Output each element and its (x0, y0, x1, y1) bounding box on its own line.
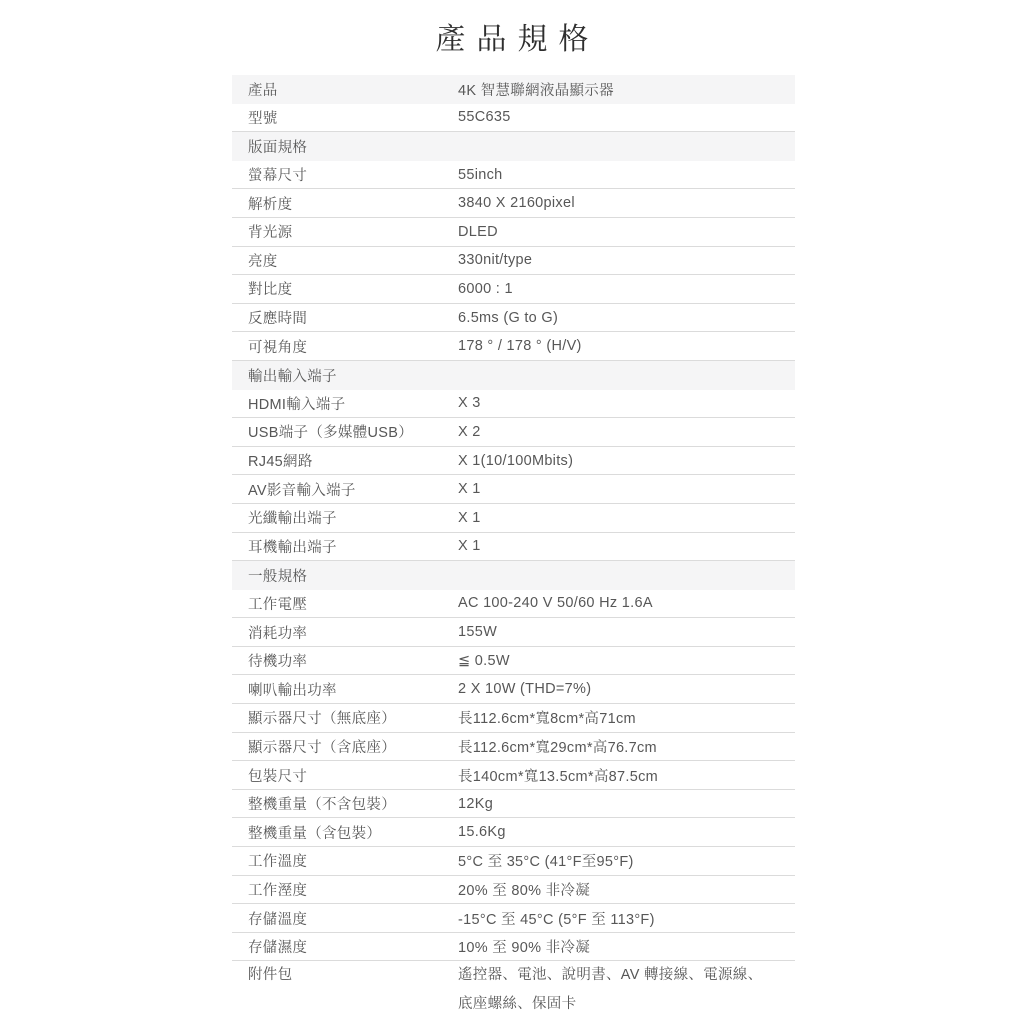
table-row: 反應時間 6.5ms (G to G) (232, 304, 795, 333)
spec-label: 顯示器尺寸（無底座） (232, 707, 458, 728)
table-row: 背光源 DLED (232, 218, 795, 247)
table-row: AV影音輸入端子 X 1 (232, 475, 795, 504)
table-row: 工作溫度 5°C 至 35°C (41°F至95°F) (232, 847, 795, 876)
table-row: 顯示器尺寸（無底座） 長112.6cm*寬8cm*高71cm (232, 704, 795, 733)
spec-label: 整機重量（含包裝） (232, 822, 458, 843)
spec-label: 反應時間 (232, 307, 458, 328)
table-row: 工作電壓 AC 100-240 V 50/60 Hz 1.6A (232, 590, 795, 619)
spec-value: 長112.6cm*寬29cm*高76.7cm (458, 736, 795, 757)
spec-label: 存儲溫度 (232, 908, 458, 929)
spec-value: -15°C 至 45°C (5°F 至 113°F) (458, 908, 795, 929)
spec-label: 一般規格 (232, 565, 458, 586)
spec-label: 工作溫度 (232, 850, 458, 871)
table-row: 附件包 遙控器、電池、說明書、AV 轉接線、電源線、底座螺絲、保固卡 (232, 961, 795, 1019)
table-row: 工作溼度 20% 至 80% 非冷凝 (232, 876, 795, 905)
table-row: 顯示器尺寸（含底座） 長112.6cm*寬29cm*高76.7cm (232, 733, 795, 762)
spec-value: 6000 : 1 (458, 281, 795, 297)
spec-label: 耳機輸出端子 (232, 536, 458, 557)
spec-value: 20% 至 80% 非冷凝 (458, 879, 795, 900)
spec-value: X 1 (458, 481, 795, 497)
spec-value: 15.6Kg (458, 824, 795, 840)
spec-label: 存儲濕度 (232, 936, 458, 957)
table-row: HDMI輸入端子 X 3 (232, 390, 795, 419)
table-row: 解析度 3840 X 2160pixel (232, 189, 795, 218)
spec-value: X 3 (458, 395, 795, 411)
spec-value: 55inch (458, 167, 795, 183)
section-row: 輸出輸入端子 (232, 361, 795, 390)
spec-label: USB端子（多媒體USB） (232, 421, 458, 442)
spec-label: 對比度 (232, 278, 458, 299)
table-row: 光纖輸出端子 X 1 (232, 504, 795, 533)
spec-value-line: 底座螺絲、保固卡 (458, 990, 795, 1019)
spec-label: 解析度 (232, 193, 458, 214)
table-row: 消耗功率 155W (232, 618, 795, 647)
table-row: 螢幕尺寸 55inch (232, 161, 795, 190)
spec-label: 顯示器尺寸（含底座） (232, 736, 458, 757)
spec-value: ≦ 0.5W (458, 653, 795, 669)
spec-label: RJ45網路 (232, 450, 458, 471)
spec-value: X 2 (458, 424, 795, 440)
spec-value: 3840 X 2160pixel (458, 195, 795, 211)
spec-value: 4K 智慧聯網液晶顯示器 (458, 79, 795, 100)
table-row: 可視角度 178 ° / 178 ° (H/V) (232, 332, 795, 361)
spec-label: 整機重量（不含包裝） (232, 793, 458, 814)
table-row: 產品 4K 智慧聯網液晶顯示器 (232, 75, 795, 104)
spec-label: 附件包 (232, 961, 458, 990)
spec-label: 亮度 (232, 250, 458, 271)
table-row: 存儲濕度 10% 至 90% 非冷凝 (232, 933, 795, 962)
spec-value: 2 X 10W (THD=7%) (458, 681, 795, 697)
table-row: 喇叭輸出功率 2 X 10W (THD=7%) (232, 675, 795, 704)
spec-value: 330nit/type (458, 252, 795, 268)
section-row: 一般規格 (232, 561, 795, 590)
section-row: 版面規格 (232, 132, 795, 161)
spec-label: 光纖輸出端子 (232, 507, 458, 528)
table-row: RJ45網路 X 1(10/100Mbits) (232, 447, 795, 476)
table-row: 耳機輸出端子 X 1 (232, 533, 795, 562)
spec-value: 5°C 至 35°C (41°F至95°F) (458, 850, 795, 871)
spec-value: 155W (458, 624, 795, 640)
table-row: 對比度 6000 : 1 (232, 275, 795, 304)
spec-label: 包裝尺寸 (232, 765, 458, 786)
spec-label: 產品 (232, 79, 458, 100)
spec-value: 12Kg (458, 796, 795, 812)
spec-label: 螢幕尺寸 (232, 164, 458, 185)
spec-value: X 1(10/100Mbits) (458, 453, 795, 469)
spec-value: 遙控器、電池、說明書、AV 轉接線、電源線、底座螺絲、保固卡 (458, 961, 795, 1019)
spec-label: 背光源 (232, 221, 458, 242)
table-row: USB端子（多媒體USB） X 2 (232, 418, 795, 447)
spec-value: 55C635 (458, 109, 795, 125)
table-row: 待機功率 ≦ 0.5W (232, 647, 795, 676)
spec-label: HDMI輸入端子 (232, 393, 458, 414)
spec-label: 待機功率 (232, 650, 458, 671)
table-row: 存儲溫度 -15°C 至 45°C (5°F 至 113°F) (232, 904, 795, 933)
table-row: 包裝尺寸 長140cm*寬13.5cm*高87.5cm (232, 761, 795, 790)
table-row: 整機重量（不含包裝） 12Kg (232, 790, 795, 819)
spec-value: 6.5ms (G to G) (458, 310, 795, 326)
table-row: 亮度 330nit/type (232, 247, 795, 276)
spec-label: 輸出輸入端子 (232, 365, 458, 386)
spec-value: 178 ° / 178 ° (H/V) (458, 338, 795, 354)
spec-label: 喇叭輸出功率 (232, 679, 458, 700)
spec-label: 型號 (232, 107, 458, 128)
table-row: 整機重量（含包裝） 15.6Kg (232, 818, 795, 847)
spec-label: 消耗功率 (232, 622, 458, 643)
spec-label: 可視角度 (232, 336, 458, 357)
spec-value: 長112.6cm*寬8cm*高71cm (458, 707, 795, 728)
spec-value-line: 遙控器、電池、說明書、AV 轉接線、電源線、 (458, 961, 795, 990)
spec-label: 版面規格 (232, 136, 458, 157)
spec-value: 10% 至 90% 非冷凝 (458, 936, 795, 957)
spec-value: X 1 (458, 538, 795, 554)
spec-value: DLED (458, 224, 795, 240)
spec-value: AC 100-240 V 50/60 Hz 1.6A (458, 595, 795, 611)
spec-value: 長140cm*寬13.5cm*高87.5cm (458, 765, 795, 786)
spec-value: X 1 (458, 510, 795, 526)
table-row: 型號 55C635 (232, 104, 795, 133)
spec-table: 產品 4K 智慧聯網液晶顯示器 型號 55C635 版面規格 螢幕尺寸 55in… (232, 75, 795, 1019)
spec-label: 工作電壓 (232, 593, 458, 614)
spec-label: AV影音輸入端子 (232, 479, 458, 500)
spec-label: 工作溼度 (232, 879, 458, 900)
page-title: 產品規格 (0, 0, 1024, 58)
